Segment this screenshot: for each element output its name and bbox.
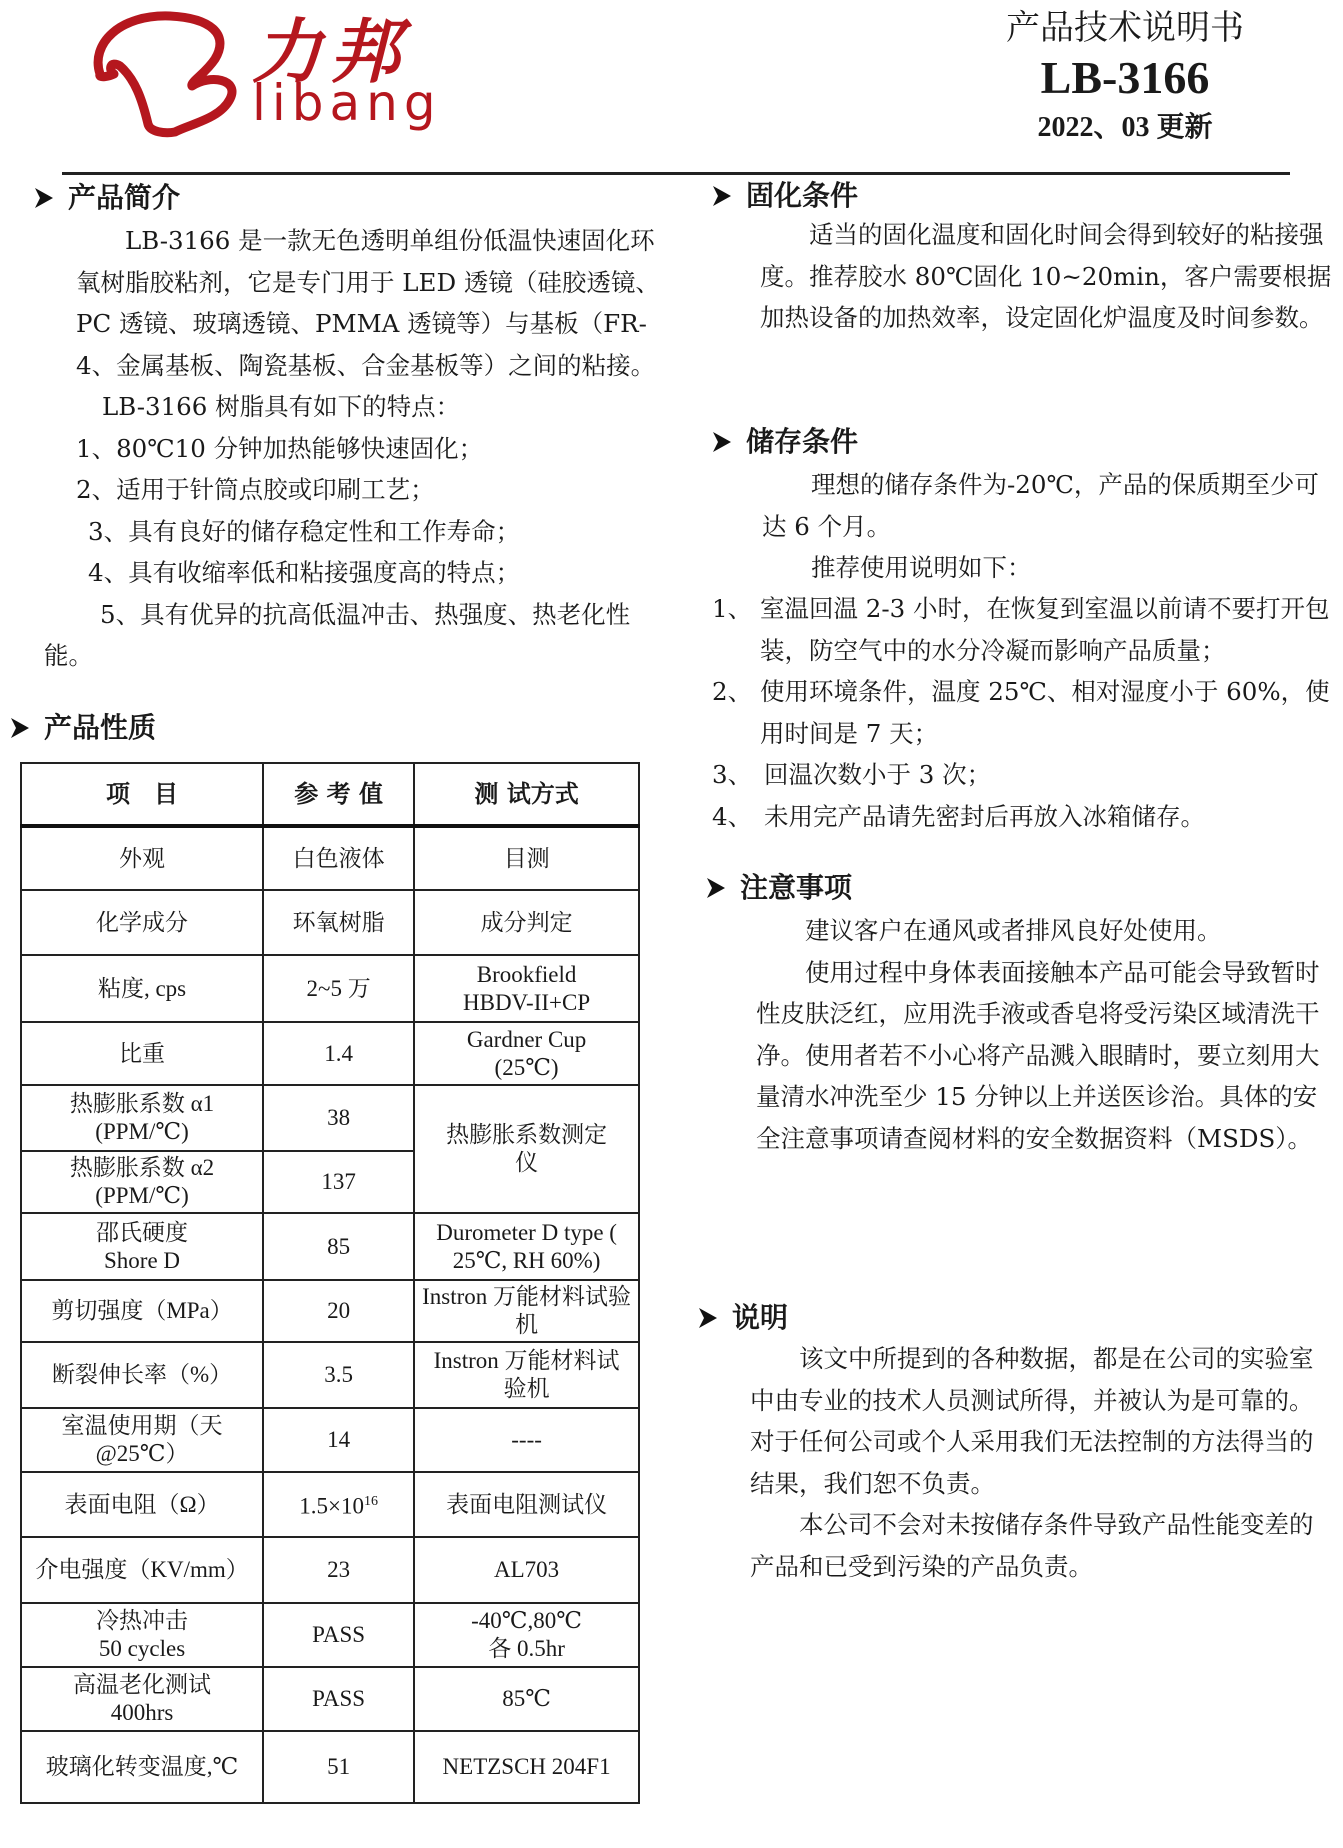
column-header-item: 项 目: [21, 763, 263, 826]
cell-method: -40℃,80℃ 各 0.5hr: [414, 1603, 639, 1667]
list-item: 1、 室温回温 2-3 小时，在恢复到室温以前请不要打开包装，防空气中的水分冷凝…: [712, 588, 1334, 671]
cell-value: 20: [263, 1280, 414, 1342]
company-logo: 力邦 libang: [80, 4, 440, 144]
table-row: 邵氏硬度 Shore D 85 Durometer D type ( 25℃, …: [21, 1213, 639, 1280]
cell-method: NETZSCH 204F1: [414, 1731, 639, 1803]
arrow-bullet-icon: [712, 431, 732, 453]
cell-value: 51: [263, 1731, 414, 1803]
cell-method: Durometer D type ( 25℃, RH 60%): [414, 1213, 639, 1280]
precautions-paragraph: 使用过程中身体表面接触本产品可能会导致暂时性皮肤泛红，应用洗手液或香皂将受污染区…: [756, 952, 1332, 1160]
product-model: LB-3166: [960, 50, 1290, 106]
section-heading-precautions: 注意事项: [706, 868, 852, 908]
cell-item: 玻璃化转变温度,℃: [21, 1731, 263, 1803]
value-exponent: 16: [364, 1494, 378, 1509]
notes-paragraph: 该文中所提到的各种数据，都是在公司的实验室中由专业的技术人员测试所得，并被认为是…: [750, 1338, 1326, 1504]
cell-method: Gardner Cup (25℃): [414, 1022, 639, 1085]
table-row: 高温老化测试 400hrs PASS 85℃: [21, 1667, 639, 1731]
cell-item: 粘度, cps: [21, 955, 263, 1022]
list-number: 3、: [712, 754, 764, 796]
cell-value: 14: [263, 1408, 414, 1472]
value-base: 1.5×10: [299, 1494, 364, 1519]
cell-method: AL703: [414, 1537, 639, 1603]
cell-method: ----: [414, 1408, 639, 1472]
storage-section: 理想的储存条件为-20℃，产品的保质期至少可达 6 个月。 推荐使用说明如下：: [762, 464, 1334, 589]
cell-value: 白色液体: [263, 826, 414, 890]
arrow-bullet-icon: [706, 877, 726, 899]
column-header-method: 测 试方式: [414, 763, 639, 826]
notes-section: 该文中所提到的各种数据，都是在公司的实验室中由专业的技术人员测试所得，并被认为是…: [750, 1338, 1326, 1587]
list-item: 2、 使用环境条件，温度 25℃、相对湿度小于 60%，使用时间是 7 天；: [712, 671, 1334, 754]
cell-item: 化学成分: [21, 890, 263, 955]
curing-section: 适当的固化温度和固化时间会得到较好的粘接强度。推荐胶水 80℃固化 10~20m…: [760, 214, 1332, 339]
document-title: 产品技术说明书: [960, 6, 1290, 50]
cell-method: Brookfield HBDV-II+CP: [414, 955, 639, 1022]
cell-item: 剪切强度（MPa）: [21, 1280, 263, 1342]
arrow-bullet-icon: [10, 717, 30, 739]
list-number: 4、: [712, 796, 764, 838]
intro-paragraph: LB-3166 是一款无色透明单组份低温快速固化环氧树脂胶粘剂，它是专门用于 L…: [76, 220, 668, 386]
notes-paragraph: 本公司不会对未按储存条件导致产品性能变差的产品和已受到污染的产品负责。: [750, 1504, 1326, 1587]
cell-method-merged: 热膨胀系数测定仪: [414, 1085, 639, 1213]
cell-item: 热膨胀系数 α1 (PPM/℃): [21, 1085, 263, 1151]
cell-value: PASS: [263, 1603, 414, 1667]
cell-value: 137: [263, 1151, 414, 1213]
section-heading-curing: 固化条件: [712, 176, 858, 216]
list-text: 回温次数小于 3 次；: [764, 754, 991, 796]
heading-text: 储存条件: [746, 422, 858, 462]
table-row: 表面电阻（Ω） 1.5×1016 表面电阻测试仪: [21, 1472, 639, 1537]
storage-lead: 推荐使用说明如下：: [762, 547, 1334, 589]
cell-item: 介电强度（KV/mm）: [21, 1537, 263, 1603]
heading-text: 说明: [732, 1298, 788, 1338]
section-heading-notes: 说明: [698, 1298, 788, 1338]
cell-item: 比重: [21, 1022, 263, 1085]
heading-text: 产品性质: [44, 708, 156, 748]
list-text: 使用环境条件，温度 25℃、相对湿度小于 60%，使用时间是 7 天；: [760, 671, 1334, 754]
cell-method: 目测: [414, 826, 639, 890]
table-row: 比重 1.4 Gardner Cup (25℃): [21, 1022, 639, 1085]
cell-method: 成分判定: [414, 890, 639, 955]
curing-paragraph: 适当的固化温度和固化时间会得到较好的粘接强度。推荐胶水 80℃固化 10~20m…: [760, 214, 1332, 339]
cell-value: 1.5×1016: [263, 1472, 414, 1537]
feature-item: 4、具有收缩率低和粘接强度高的特点；: [76, 552, 668, 594]
table-row: 剪切强度（MPa） 20 Instron 万能材料试验机: [21, 1280, 639, 1342]
list-item: 3、 回温次数小于 3 次；: [712, 754, 1334, 796]
list-number: 1、: [712, 588, 760, 671]
cell-method: Instron 万能材料试验机: [414, 1342, 639, 1408]
cell-method: 表面电阻测试仪: [414, 1472, 639, 1537]
arrow-bullet-icon: [712, 185, 732, 207]
intro-section: LB-3166 是一款无色透明单组份低温快速固化环氧树脂胶粘剂，它是专门用于 L…: [76, 220, 668, 677]
libang-swirl-icon: [80, 4, 250, 144]
section-heading-storage: 储存条件: [712, 422, 858, 462]
cell-value: 85: [263, 1213, 414, 1280]
cell-item: 邵氏硬度 Shore D: [21, 1213, 263, 1280]
table-row: 外观 白色液体 目测: [21, 826, 639, 890]
cell-item: 热膨胀系数 α2 (PPM/℃): [21, 1151, 263, 1213]
table-row: 化学成分 环氧树脂 成分判定: [21, 890, 639, 955]
features-lead: LB-3166 树脂具有如下的特点：: [76, 386, 668, 428]
table-row: 玻璃化转变温度,℃ 51 NETZSCH 204F1: [21, 1731, 639, 1803]
heading-text: 固化条件: [746, 176, 858, 216]
cell-method: Instron 万能材料试验机: [414, 1280, 639, 1342]
list-number: 2、: [712, 671, 760, 754]
table-row: 介电强度（KV/mm） 23 AL703: [21, 1537, 639, 1603]
properties-table: 项 目 参 考 值 测 试方式 外观 白色液体 目测 化学成分 环氧树脂 成分判…: [20, 762, 640, 1804]
feature-item: 5、具有优异的抗高低温冲击、热强度、热老化性能。: [32, 594, 668, 677]
feature-item: 2、适用于针筒点胶或印刷工艺；: [76, 469, 668, 511]
cell-item: 室温使用期（天@25℃）: [21, 1408, 263, 1472]
arrow-bullet-icon: [34, 187, 54, 209]
heading-text: 产品简介: [68, 178, 180, 218]
logo-english-text: libang: [252, 74, 442, 132]
storage-instructions-list: 1、 室温回温 2-3 小时，在恢复到室温以前请不要打开包装，防空气中的水分冷凝…: [712, 588, 1334, 837]
section-heading-intro: 产品简介: [34, 178, 180, 218]
cell-value: 环氧树脂: [263, 890, 414, 955]
column-header-value: 参 考 值: [263, 763, 414, 826]
cell-item: 冷热冲击 50 cycles: [21, 1603, 263, 1667]
cell-value: 2~5 万: [263, 955, 414, 1022]
cell-item: 高温老化测试 400hrs: [21, 1667, 263, 1731]
table-row: 断裂伸长率（%） 3.5 Instron 万能材料试验机: [21, 1342, 639, 1408]
feature-item: 3、具有良好的储存稳定性和工作寿命；: [76, 511, 668, 553]
list-item: 4、 未用完产品请先密封后再放入冰箱储存。: [712, 796, 1334, 838]
cell-value: 38: [263, 1085, 414, 1151]
header-divider: [62, 172, 1290, 175]
update-date: 2022、03 更新: [960, 106, 1290, 150]
cell-value: PASS: [263, 1667, 414, 1731]
document-title-block: 产品技术说明书 LB-3166 2022、03 更新: [960, 6, 1290, 150]
section-heading-properties: 产品性质: [10, 708, 156, 748]
cell-method: 85℃: [414, 1667, 639, 1731]
cell-value: 3.5: [263, 1342, 414, 1408]
list-text: 未用完产品请先密封后再放入冰箱储存。: [764, 796, 1205, 838]
precautions-section: 建议客户在通风或者排风良好处使用。 使用过程中身体表面接触本产品可能会导致暂时性…: [756, 910, 1332, 1159]
cell-item: 表面电阻（Ω）: [21, 1472, 263, 1537]
table-row: 室温使用期（天@25℃） 14 ----: [21, 1408, 639, 1472]
table-row: 冷热冲击 50 cycles PASS -40℃,80℃ 各 0.5hr: [21, 1603, 639, 1667]
table-row: 热膨胀系数 α1 (PPM/℃) 38 热膨胀系数测定仪: [21, 1085, 639, 1151]
table-header-row: 项 目 参 考 值 测 试方式: [21, 763, 639, 826]
list-text: 室温回温 2-3 小时，在恢复到室温以前请不要打开包装，防空气中的水分冷凝而影响…: [760, 588, 1334, 671]
cell-value: 1.4: [263, 1022, 414, 1085]
storage-paragraph: 理想的储存条件为-20℃，产品的保质期至少可达 6 个月。: [762, 464, 1334, 547]
precautions-paragraph: 建议客户在通风或者排风良好处使用。: [756, 910, 1332, 952]
cell-item: 外观: [21, 826, 263, 890]
table-row: 粘度, cps 2~5 万 Brookfield HBDV-II+CP: [21, 955, 639, 1022]
heading-text: 注意事项: [740, 868, 852, 908]
feature-item: 1、80℃10 分钟加热能够快速固化；: [76, 428, 668, 470]
cell-value: 23: [263, 1537, 414, 1603]
cell-item: 断裂伸长率（%）: [21, 1342, 263, 1408]
arrow-bullet-icon: [698, 1307, 718, 1329]
